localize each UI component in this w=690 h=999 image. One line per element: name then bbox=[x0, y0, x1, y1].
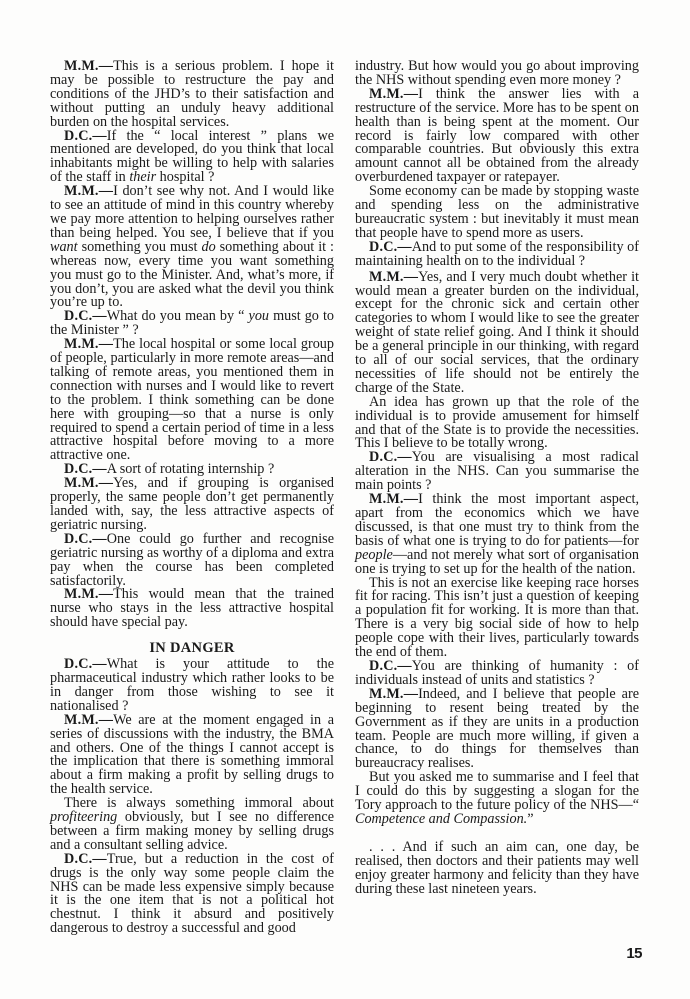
left-column: M.M.—This is a serious problem. I hope i… bbox=[50, 60, 334, 936]
paragraph: D.C.—What do you mean by “ you must go t… bbox=[50, 310, 334, 338]
paragraph: M.M.—I don’t see why not. And I would li… bbox=[50, 185, 334, 310]
paragraph: M.M.—This would mean that the trained nu… bbox=[50, 588, 334, 630]
paragraph: D.C.—What is your attitude to the pharma… bbox=[50, 658, 334, 714]
paragraph: An idea has grown up that the role of th… bbox=[355, 396, 639, 452]
paragraph: There is always something immoral about … bbox=[50, 797, 334, 853]
paragraph: D.C.—You are visualising a most radical … bbox=[355, 451, 639, 493]
paragraph: M.M.—Yes, and if grouping is organised p… bbox=[50, 477, 334, 533]
document-page: M.M.—This is a serious problem. I hope i… bbox=[0, 0, 690, 999]
paragraph: D.C.—You are thinking of humanity : of i… bbox=[355, 660, 639, 688]
paragraph: But you asked me to summarise and I feel… bbox=[355, 771, 639, 827]
paragraph: This is not an exercise like keeping rac… bbox=[355, 577, 639, 660]
section-heading: IN DANGER bbox=[50, 642, 334, 656]
paragraph: industry. But how would you go about imp… bbox=[355, 60, 639, 88]
paragraph: M.M.—Indeed, and I believe that people a… bbox=[355, 688, 639, 771]
page-number: 15 bbox=[626, 945, 642, 962]
paragraph: D.C.—If the “ local interest ” plans we … bbox=[50, 130, 334, 186]
closing-paragraph: . . . And if such an aim can, one day, b… bbox=[355, 841, 639, 897]
paragraph: M.M.—I think the most important aspect, … bbox=[355, 493, 639, 576]
paragraph: M.M.—Yes, and I very much doubt whether … bbox=[355, 271, 639, 396]
paragraph: M.M.—This is a serious problem. I hope i… bbox=[50, 60, 334, 130]
paragraph: D.C.—One could go further and recognise … bbox=[50, 533, 334, 589]
right-column: industry. But how would you go about imp… bbox=[355, 60, 639, 896]
paragraph: D.C.—True, but a reduction in the cost o… bbox=[50, 853, 334, 936]
paragraph: D.C.—And to put some of the responsibili… bbox=[355, 241, 639, 269]
paragraph: M.M.—The local hospital or some local gr… bbox=[50, 338, 334, 463]
paragraph: M.M.—I think the answer lies with a rest… bbox=[355, 88, 639, 185]
paragraph: Some economy can be made by stopping was… bbox=[355, 185, 639, 241]
paragraph: M.M.—We are at the moment engaged in a s… bbox=[50, 714, 334, 797]
